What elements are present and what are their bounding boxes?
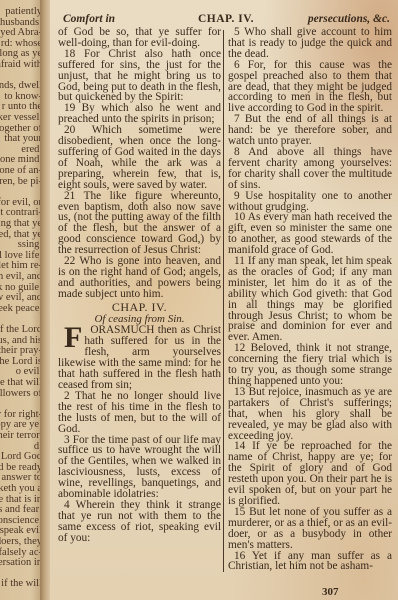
running-head-center: CHAP. IV. xyxy=(198,13,254,25)
verse-9: 9 Use hospitality one to another without… xyxy=(228,191,392,213)
verse-21: 21 The like figure whereunto, even bapti… xyxy=(58,191,221,256)
verse-22: 22 Who is gone into heaven, and is on th… xyxy=(58,256,221,300)
verse-11: 11 If any man speak, let him speak as th… xyxy=(228,256,392,343)
running-head-right: persecutions, &c. xyxy=(308,13,390,25)
verse-3: 3 For the time past of our life may suff… xyxy=(58,435,221,500)
facing-page-fragment: er, if the will xyxy=(0,578,42,589)
page-number: 307 xyxy=(322,586,339,598)
verse-text: of God be so, that ye suffer for well-do… xyxy=(58,27,221,49)
verse-8: 8 And above all things have fervent char… xyxy=(228,147,392,191)
verse-19: 19 By which also he went and preached un… xyxy=(58,103,221,125)
verse-12: 12 Beloved, think it not strange, concer… xyxy=(228,343,392,387)
book-page: Comfort in CHAP. IV. persecutions, &c. o… xyxy=(50,0,398,600)
verse-13: 13 But rejoice, inasmuch as ye are parta… xyxy=(228,387,392,442)
verse-14: 14 If ye be reproached for the name of C… xyxy=(228,441,392,506)
facing-page-edge: patientlyhusbands:eyed Abra-rd: whoselon… xyxy=(0,0,44,600)
running-head-left: Comfort in xyxy=(63,13,115,25)
verse-10: 10 As every man hath received the gift, … xyxy=(228,212,392,256)
facing-page-fragment: nversation in xyxy=(0,557,42,568)
column-rule xyxy=(223,30,224,572)
facing-page-fragment: followers of xyxy=(0,388,42,399)
verse-18: 18 For Christ also hath once suffered fo… xyxy=(58,49,221,104)
verse-16: 16 Yet if any man suffer as a Christian,… xyxy=(228,551,392,573)
verse-15: 15 But let none of you suffer as a murde… xyxy=(228,507,392,551)
right-column: 5 Who shall give account to him that is … xyxy=(228,27,392,572)
left-column: of God be so, that ye suffer for well-do… xyxy=(58,27,221,544)
verse-20: 20 Which sometime were disobedient, when… xyxy=(58,125,221,190)
verse-2: 2 That he no longer should live the rest… xyxy=(58,391,221,435)
verse-6: 6 For, for this cause was the gospel pre… xyxy=(228,60,392,115)
facing-page-fragment: seek peace, xyxy=(0,303,42,314)
chapter-title: CHAP. IV. xyxy=(58,302,221,313)
drop-cap: F xyxy=(58,326,82,350)
verse-1-text: ORASMUCH then as Christ hath suffered fo… xyxy=(58,324,221,391)
facing-page-fragment: ren, be pi- xyxy=(0,176,42,187)
facing-page-fragment: afraid with xyxy=(0,59,42,70)
verse-5: 5 Who shall give account to him that is … xyxy=(228,27,392,60)
verse-7: 7 But the end of all things is at hand: … xyxy=(228,114,392,147)
running-head: Comfort in CHAP. IV. persecutions, &c. xyxy=(58,13,392,27)
verse-4: 4 Wherein they think it strange that ye … xyxy=(58,500,221,544)
verse-1: FORASMUCH then as Christ hath suffered f… xyxy=(58,325,221,390)
chapter-subtitle: Of ceasing from Sin. xyxy=(58,314,221,325)
